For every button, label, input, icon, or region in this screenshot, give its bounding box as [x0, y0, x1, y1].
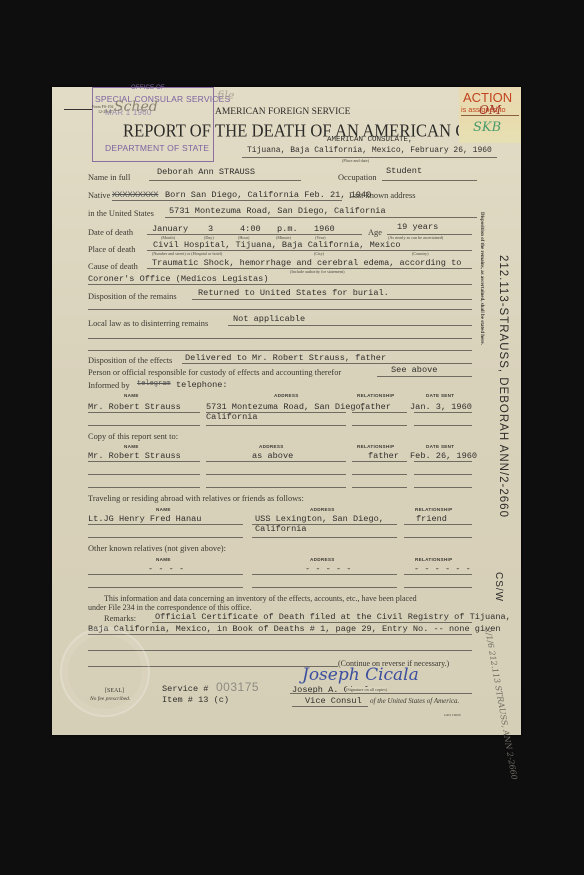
relatives-row-address: - - - - -	[305, 564, 351, 574]
informed-row-date: Jan. 3, 1960	[410, 402, 472, 412]
seal-label: [SEAL]	[105, 688, 124, 694]
place-caption-street: (Number and street) or (Hospital or hote…	[152, 251, 222, 256]
no-fee-label: No fee prescribed.	[90, 696, 130, 702]
copy-rule-a	[88, 461, 200, 462]
age-value: 19 years	[397, 222, 438, 232]
traveling-col-relationship: RELATIONSHIP	[415, 507, 452, 512]
service-number: 003175	[216, 680, 259, 694]
relatives-rule-b	[252, 574, 397, 575]
signature: Joseph Cicala	[302, 665, 419, 685]
custody-value: See above	[391, 365, 437, 375]
embossed-seal	[60, 627, 150, 717]
copy-col-name: NAME	[124, 444, 139, 449]
action-initials-1: OM	[479, 103, 501, 117]
local-law-value: Not applicable	[233, 314, 305, 324]
relatives-label: Other known relatives (not given above):	[88, 544, 226, 553]
cause-caption: (Include authority for statement)	[290, 269, 345, 274]
service-label: Service #	[162, 684, 208, 694]
remarks-line-1: Official Certificate of Death filed at t…	[155, 612, 511, 622]
copy-row-date: Feb. 26, 1960	[410, 451, 477, 461]
cause-of-death-label: Cause of death	[88, 262, 138, 271]
signer-title: Vice Consul	[305, 696, 362, 706]
relatives-rule-d	[88, 587, 243, 588]
death-day: 3	[208, 224, 213, 234]
native-rule	[112, 200, 342, 201]
cause-of-death-value-2: Coroner's Office (Medicos Legistas)	[88, 274, 269, 284]
vertical-stamp: CS/W	[493, 572, 504, 602]
inventory-note-2: under File 234 in the correspondence of …	[88, 603, 252, 612]
informed-rule-f	[206, 425, 346, 426]
inventory-note-1: This information and data concerning an …	[104, 594, 417, 603]
copy-rule-k	[352, 487, 407, 488]
relatives-col-relationship: RELATIONSHIP	[415, 557, 452, 562]
consulate-name: AMERICAN CONSULATE,	[327, 136, 413, 144]
remarks-line-2: Baja California, Mexico, in Book of Deat…	[88, 624, 501, 634]
name-label: Name in full	[88, 173, 130, 182]
copy-col-date: DATE SENT	[426, 444, 454, 449]
relatives-row-relationship: - - - - - -	[414, 564, 471, 574]
informed-rule-h	[414, 425, 472, 426]
name-rule	[149, 180, 301, 181]
effects-value: Delivered to Mr. Robert Strauss, father	[185, 353, 386, 363]
informed-label: Informed by	[88, 381, 130, 390]
remains-rule	[192, 299, 472, 300]
date-of-death-label: Date of death	[88, 228, 133, 237]
traveling-rule-b	[252, 524, 397, 525]
informed-rule-g	[352, 425, 407, 426]
place-date-rule	[242, 157, 497, 158]
cause-rule-2	[88, 284, 472, 285]
copy-row-name: Mr. Robert Strauss	[88, 451, 181, 461]
informed-struck: telegram	[137, 380, 171, 388]
copy-rule-g	[352, 474, 407, 475]
informed-row-address2: California	[206, 412, 258, 422]
death-month: January	[152, 224, 188, 234]
relatives-rule-e	[252, 587, 397, 588]
copy-rule-f	[206, 474, 346, 475]
cause-of-death-value-1: Traumatic Shock, hemorrhage and cerebral…	[152, 258, 461, 268]
relatives-col-address: ADDRESS	[310, 557, 335, 562]
service-heading: AMERICAN FOREIGN SERVICE	[215, 107, 350, 117]
traveling-col-address: ADDRESS	[310, 507, 335, 512]
occupation-label: Occupation	[338, 173, 377, 182]
traveling-label: Traveling or residing abroad with relati…	[88, 494, 304, 503]
vertical-handwritten: 2/1/6 212.113 STRAUSS, ANN 2-2660	[483, 627, 519, 781]
place-date-caption: (Place and date)	[342, 158, 369, 163]
relatives-rule-f	[404, 587, 472, 588]
place-caption-country: (Country)	[412, 251, 429, 256]
death-year: 1960	[314, 224, 335, 234]
traveling-rule-d	[88, 537, 243, 538]
local-law-rule	[228, 325, 472, 326]
address-value: 5731 Montezuma Road, San Diego, Californ…	[169, 206, 386, 216]
remarks-rule-2	[88, 634, 472, 635]
relatives-rule-a	[88, 574, 243, 575]
copy-col-address: ADDRESS	[259, 444, 284, 449]
place-of-death-value: Civil Hospital, Tijuana, Baja California…	[153, 240, 401, 250]
relatives-col-name: NAME	[156, 557, 171, 562]
blank-rule-1	[88, 309, 472, 310]
native-label: Native	[88, 191, 110, 200]
copy-rule-i	[88, 487, 200, 488]
last-address-label: Last known address	[349, 191, 416, 200]
stamp-office-of: OFFICE OF	[131, 85, 165, 91]
action-box: ACTION is assigned to OM SKB	[459, 87, 521, 143]
place-of-death-label: Place of death	[88, 245, 135, 254]
custody-rule	[377, 376, 472, 377]
effects-label: Disposition of the effects	[88, 356, 172, 365]
action-initials-2: SKB	[473, 120, 501, 135]
blank-rule-3	[88, 350, 472, 351]
traveling-rule-f	[404, 537, 472, 538]
name-value: Deborah Ann STRAUSS	[157, 167, 255, 177]
informed-rule-d	[414, 412, 472, 413]
date-rule	[147, 234, 362, 235]
address-rule	[165, 217, 477, 218]
custody-label: Person or official responsible for custo…	[88, 368, 341, 377]
traveling-row-name: Lt.JG Henry Fred Hanau	[88, 514, 201, 524]
copy-rule-c	[352, 461, 407, 462]
copy-col-relationship: RELATIONSHIP	[357, 444, 394, 449]
death-report-document: OFFICE OF SPECIAL CONSULAR SERVICES MAR …	[52, 87, 521, 735]
copy-label: Copy of this report sent to:	[88, 432, 178, 441]
form-id-rule	[64, 109, 92, 110]
remarks-rule-1	[152, 622, 472, 623]
stamp-department: DEPARTMENT OF STATE	[105, 143, 209, 153]
signature-caption: (Signature on all copies)	[346, 687, 387, 692]
informed-row-address: 5731 Montezuma Road, San Diego,	[206, 402, 366, 412]
relatives-rule-c	[404, 574, 472, 575]
relatives-row-name: - - - -	[148, 564, 184, 574]
remains-value: Returned to United States for burial.	[198, 288, 389, 298]
copy-rule-j	[206, 487, 346, 488]
handwritten-mark: file	[217, 89, 234, 102]
death-minute: p.m.	[277, 224, 298, 234]
informed-col-relationship: RELATIONSHIP	[357, 393, 394, 398]
copy-row-relationship: father	[368, 451, 399, 461]
in-us-label: in the United States	[88, 209, 154, 218]
informed-col-date: DATE SENT	[426, 393, 454, 398]
local-law-label: Local law as to disinterring remains	[88, 319, 208, 328]
remains-label: Disposition of the remains	[88, 292, 177, 301]
native-value: Born San Diego, California Feb. 21, 1940	[165, 190, 371, 200]
remarks-rule-3	[88, 650, 472, 651]
informed-rule-a	[88, 412, 200, 413]
margin-note: Disposition of the remains, as ascertain…	[479, 212, 484, 345]
copy-rule-e	[88, 474, 200, 475]
copy-rule-l	[414, 487, 472, 488]
copy-rule-d	[414, 461, 472, 462]
informed-rule-e	[88, 425, 200, 426]
traveling-rule-a	[88, 524, 243, 525]
item-label: Item # 13 (c)	[162, 695, 229, 705]
informed-col-address: ADDRESS	[274, 393, 299, 398]
effects-rule	[182, 363, 472, 364]
title-rule	[292, 706, 368, 707]
form-date: 12-29-47	[98, 109, 113, 114]
gpo-code: GPO 19000	[444, 713, 461, 717]
traveling-row-relationship: friend	[416, 514, 447, 524]
traveling-row-address2: California	[255, 524, 307, 534]
signature-rule	[290, 693, 472, 694]
copy-rule-b	[206, 461, 346, 462]
blank-rule-2	[88, 338, 472, 339]
place-caption-city: (City)	[314, 251, 324, 256]
copy-rule-h	[414, 474, 472, 475]
traveling-col-name: NAME	[156, 507, 171, 512]
informed-row-name: Mr. Robert Strauss	[88, 402, 181, 412]
age-label: Age	[368, 228, 382, 237]
remarks-label: Remarks:	[104, 614, 136, 623]
informed-col-name: NAME	[124, 393, 139, 398]
of-united-states: of the United States of America.	[370, 697, 459, 705]
occupation-value: Student	[386, 166, 422, 176]
traveling-rule-c	[404, 524, 472, 525]
informed-rule-c	[352, 412, 407, 413]
native-struck: XXXXXXXXX	[112, 190, 158, 200]
place-and-date: Tijuana, Baja California, Mexico, Februa…	[247, 146, 492, 155]
traveling-rule-e	[252, 537, 397, 538]
copy-row-address: as above	[252, 451, 293, 461]
traveling-row-address: USS Lexington, San Diego,	[255, 514, 384, 524]
informed-row-relationship: father	[360, 402, 391, 412]
informed-rule-b	[206, 412, 346, 413]
file-number-vertical: 212.113-STRAUSS, DEBORAH ANN/2-2660	[497, 255, 509, 518]
handwritten-initials: Sched	[114, 99, 158, 115]
informed-value: telephone:	[176, 380, 228, 390]
death-hour: 4:00	[240, 224, 261, 234]
occupation-rule	[382, 180, 477, 181]
